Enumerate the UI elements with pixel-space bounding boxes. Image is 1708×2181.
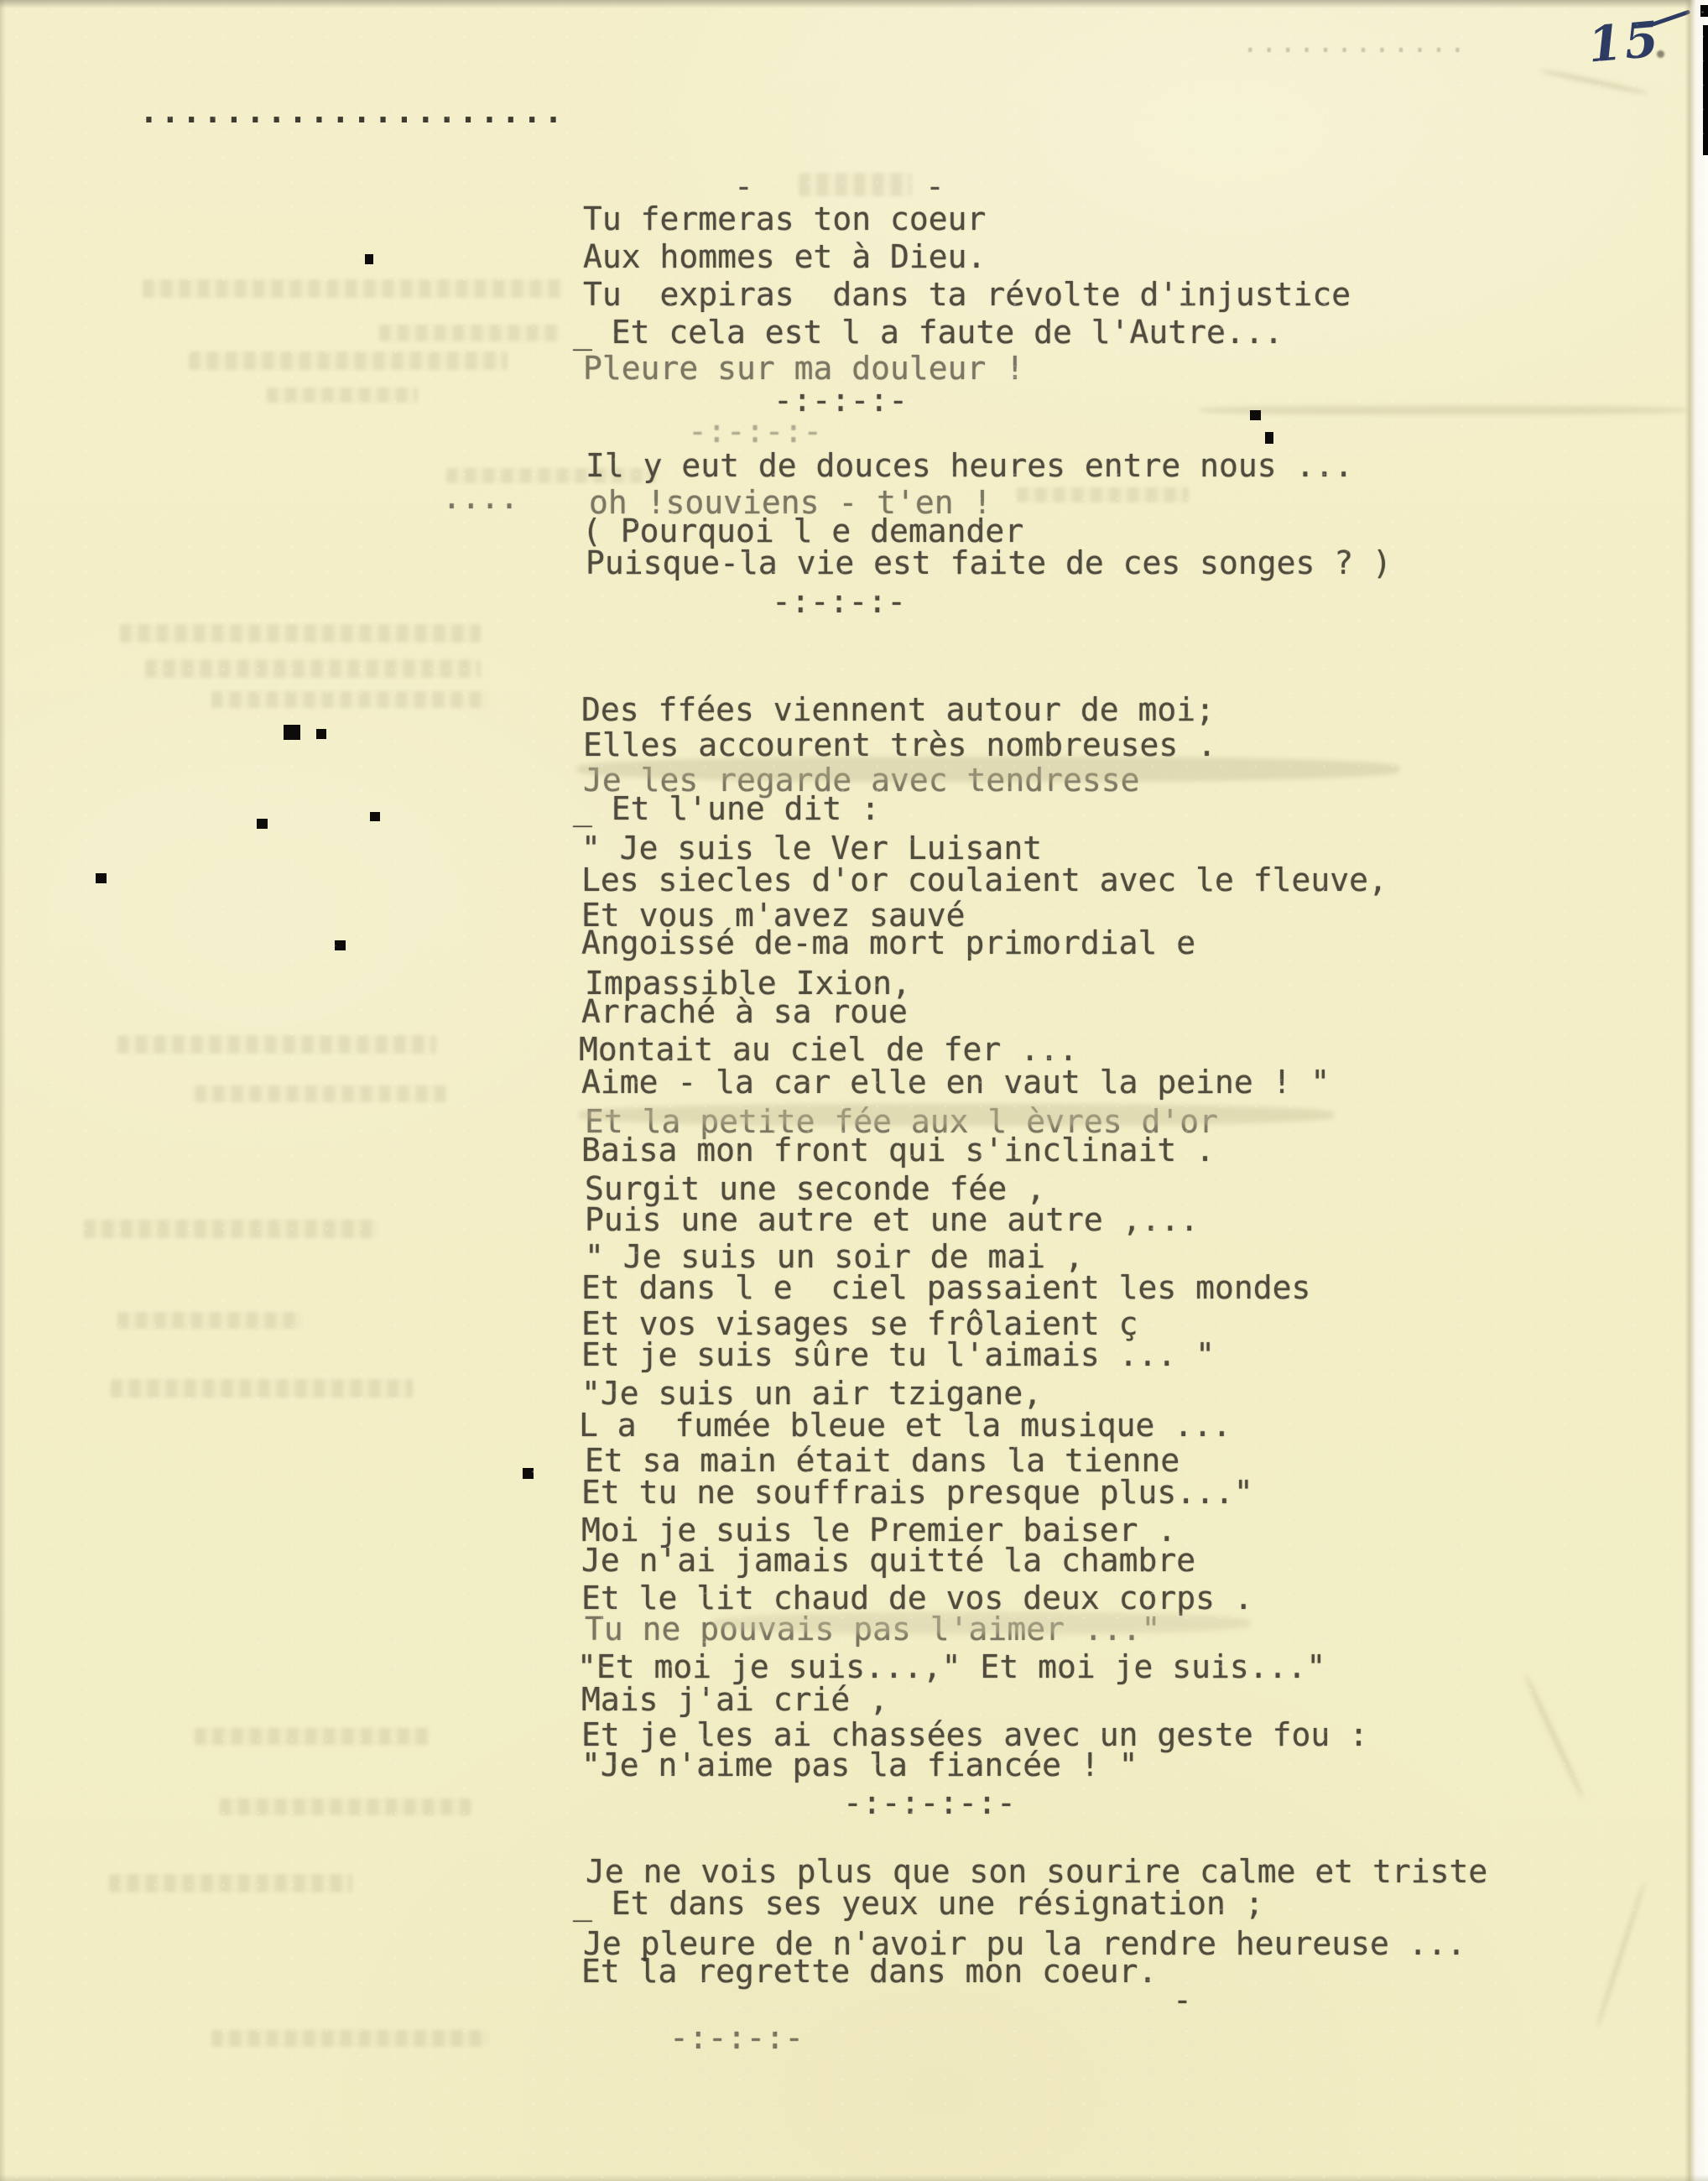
- ghost-text-artifact: [211, 2030, 488, 2047]
- paper-crease: [577, 757, 1399, 782]
- poem-line: Tu fermeras ton coeur: [583, 203, 986, 235]
- poem-line: Et je suis sûre tu l'aimais ... ": [581, 1339, 1215, 1371]
- scan-artifact-bar: [1700, 5, 1708, 17]
- poem-line: -:-:-:-: [772, 586, 906, 617]
- poem-line: Tu expiras dans ta révolte d'injustice: [583, 278, 1351, 310]
- ghost-text-artifact: [117, 1035, 436, 1054]
- ghost-text-artifact: [211, 691, 488, 708]
- ghost-text-artifact: [1017, 487, 1189, 502]
- ink-speck: [365, 254, 373, 264]
- poem-line: Aux hommes et à Dieu.: [583, 241, 986, 273]
- ghost-text-artifact: [195, 1085, 446, 1102]
- poem-line: L a fumée bleue et la musique ...: [579, 1409, 1232, 1441]
- scan-artifact-bar: [1703, 25, 1708, 155]
- top-dotted-line: ....................: [139, 96, 565, 128]
- ghost-text-artifact: [220, 1798, 471, 1815]
- poem-line: Aime - la car elle en vaut la peine ! ": [581, 1066, 1330, 1098]
- title-dash-left: -: [734, 170, 753, 202]
- poem-line: Arraché à sa roue: [581, 996, 908, 1028]
- paper-crease: [579, 1104, 1334, 1126]
- ink-dot: [1657, 50, 1664, 58]
- poem-line: Puisque-la vie est faite de ces songes ?…: [586, 547, 1392, 579]
- ghost-text-artifact: [189, 351, 508, 370]
- poem-line: Pleure sur ma douleur !: [583, 352, 1024, 384]
- poem-line: ( Pourquoi l e demander: [582, 515, 1023, 547]
- ghost-text-artifact: [799, 173, 912, 196]
- poem-line: _ Et cela est l a faute de l'Autre...: [573, 316, 1283, 348]
- ghost-text-artifact: [379, 325, 560, 341]
- poem-line: Surgit une seconde fée ,: [585, 1173, 1045, 1205]
- poem-line: Et vos visages se frôlaient ç: [581, 1308, 1138, 1340]
- ink-speck: [523, 1468, 534, 1479]
- poem-line: ....: [442, 481, 519, 513]
- scan-edge-top: [0, 0, 1708, 8]
- scanned-typewritten-page: { "page": { "number": "15", "top_dotted_…: [0, 0, 1708, 2181]
- ink-speck: [257, 819, 268, 829]
- poem-line: Et dans l e ciel passaient les mondes: [581, 1272, 1310, 1304]
- ghost-text-artifact: [120, 624, 481, 643]
- paper-crease: [1200, 406, 1686, 414]
- faint-dotted-line: ............: [1242, 29, 1468, 57]
- ghost-text-artifact: [195, 1728, 430, 1745]
- ghost-text-artifact: [109, 1874, 352, 1892]
- ghost-text-artifact: [111, 1379, 413, 1398]
- poem-line: Il y eut de douces heures entre nous ...: [586, 450, 1353, 481]
- ink-speck: [370, 812, 380, 821]
- poem-line: Les siecles d'or coulaient avec le fleuv…: [581, 864, 1388, 896]
- ink-speck: [316, 729, 326, 739]
- poem-line: Je ne vois plus que son sourire calme et…: [586, 1856, 1487, 1887]
- poem-line: Des ffées viennent autour de moi;: [581, 694, 1215, 726]
- poem-line: Et le lit chaud de vos deux corps .: [581, 1582, 1253, 1614]
- handwritten-page-number: 15: [1586, 10, 1663, 73]
- poem-line: -: [1173, 1984, 1192, 2016]
- poem-line: Mais j'ai crié ,: [581, 1684, 888, 1715]
- poem-line: Angoissé de-ma mort primordial e: [581, 927, 1195, 959]
- poem-line: Et sa main était dans la tienne: [585, 1444, 1179, 1476]
- poem-line: Baisa mon front qui s'inclinait .: [581, 1134, 1215, 1166]
- ghost-text-artifact: [84, 1220, 378, 1238]
- poem-line: _ Et dans ses yeux une résignation ;: [573, 1887, 1264, 1919]
- poem-line: _ Et l'une dit :: [573, 793, 880, 825]
- ink-speck: [335, 940, 346, 950]
- poem-line: Montait au ciel de fer ...: [579, 1033, 1078, 1065]
- title-dash-right: -: [925, 170, 945, 202]
- ink-speck: [1250, 410, 1261, 420]
- poem-line: " Je suis un soir de mai ,: [585, 1241, 1084, 1273]
- poem-line: "Et moi je suis...," Et moi je suis...": [577, 1651, 1325, 1683]
- scan-edge-bottom: [0, 2174, 1708, 2181]
- poem-line: -:-:-:-: [669, 2022, 804, 2053]
- scan-edge-right: [1685, 0, 1708, 2181]
- poem-line: -:-:-:-: [773, 384, 908, 416]
- ink-speck: [1265, 432, 1273, 444]
- poem-line: Je n'ai jamais quitté la chambre: [581, 1544, 1195, 1576]
- poem-line: Et la regrette dans mon coeur.: [581, 1955, 1157, 1987]
- ink-speck: [96, 873, 107, 883]
- ghost-text-artifact: [143, 279, 562, 298]
- poem-line: "Je n'aime pas la fiancée ! ": [581, 1749, 1138, 1781]
- ink-speck: [284, 725, 300, 740]
- poem-line: -:-:-:-:-: [843, 1787, 1016, 1819]
- ghost-text-artifact: [145, 659, 481, 678]
- poem-line: Et tu ne souffrais presque plus...": [581, 1476, 1253, 1508]
- scan-edge-left: [0, 0, 6, 2181]
- paper-crease: [713, 1612, 1250, 1634]
- poem-line: Puis une autre et une autre ,...: [585, 1204, 1199, 1236]
- ghost-text-artifact: [267, 388, 418, 403]
- ghost-text-artifact: [117, 1312, 302, 1329]
- poem-line: "Je suis un air tzigane,: [581, 1377, 1042, 1409]
- poem-line: " Je suis le Ver Luisant: [581, 832, 1042, 864]
- poem-line: -:-:-:-: [688, 415, 822, 447]
